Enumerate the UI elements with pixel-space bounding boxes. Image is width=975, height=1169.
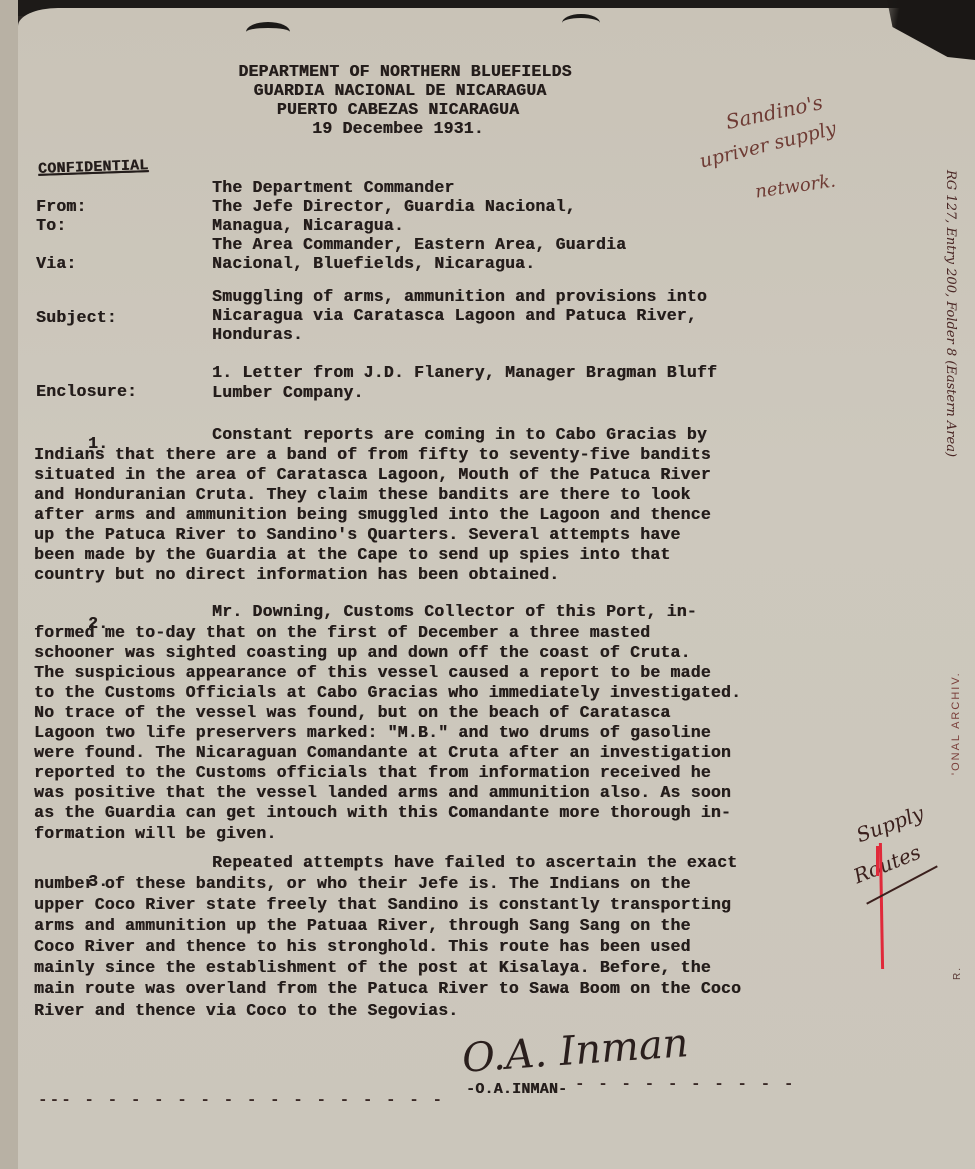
paragraph-line: as the Guardia can get intouch with this… <box>34 805 731 822</box>
paragraph-line: up the Patuca River to Sandino's Quarter… <box>34 527 681 544</box>
letterhead-location: PUERTO CABEZAS NICARAGUA <box>0 102 808 119</box>
paragraph-line: situated in the area of Caratasca Lagoon… <box>34 467 711 484</box>
paragraph-line: country but no direct information has be… <box>34 567 559 584</box>
paragraph-line: and Honduranian Cruta. They claim these … <box>34 487 691 504</box>
paragraph-line: number of these bandits, or who their Je… <box>34 876 691 893</box>
routing-line: The Jefe Director, Guardia Nacional, <box>212 199 576 216</box>
via-label: Via: <box>36 256 76 273</box>
confidential-marking: CONFIDENTIAL <box>38 158 149 177</box>
paragraph-line: schooner was sighted coasting up and dow… <box>34 645 691 662</box>
routing-line: Managua, Nicaragua. <box>212 218 404 235</box>
paragraph-line: River and thence via Coco to the Segovia… <box>34 1003 458 1020</box>
subject-line: Nicaragua via Caratasca Lagoon and Patuc… <box>212 308 697 325</box>
paragraph-line: Mr. Downing, Customs Collector of this P… <box>212 604 697 621</box>
paragraph-line: mainly since the establishment of the po… <box>34 960 711 977</box>
paragraph-line: Lagoon two life preservers marked: "M.B.… <box>34 725 711 742</box>
from-label: From: <box>36 199 87 216</box>
red-margin-line <box>876 846 879 876</box>
subject-label: Subject: <box>36 310 117 327</box>
scan-left-edge <box>0 0 18 1169</box>
letterhead-date: 19 Decembee 1931. <box>0 121 808 138</box>
paragraph-line: The suspicious appearance of this vessel… <box>34 665 711 682</box>
routing-line: The Area Commander, Eastern Area, Guardi… <box>212 237 626 254</box>
paragraph-line: main route was overland from the Patuca … <box>34 981 741 998</box>
paragraph-line: formed me to-day that on the first of De… <box>34 625 650 642</box>
paragraph-line: Indians that there are a band of from fi… <box>34 447 711 464</box>
archive-reference: RG 127, Entry 200, Folder 8 (Eastern Are… <box>943 170 958 457</box>
stray-mark: R. <box>952 966 963 980</box>
subject-line: Honduras. <box>212 327 303 344</box>
subject-line: Smuggling of arms, ammunition and provis… <box>212 289 707 306</box>
routing-line: Nacional, Bluefields, Nicaragua. <box>212 256 535 273</box>
signature-dash-line-right: - - - - - - - - - - <box>575 1075 795 1093</box>
paragraph-line: to the Customs Officials at Cabo Gracias… <box>34 685 741 702</box>
punch-hole-left <box>246 22 290 40</box>
paragraph-line: formation will be given. <box>34 826 276 843</box>
paragraph-line: Repeated attempts have failed to ascerta… <box>212 855 737 872</box>
to-label: To: <box>36 218 66 235</box>
letterhead-guardia: GUARDIA NACIONAL DE NICARAGUA <box>0 83 810 100</box>
enclosure-label: Enclosure: <box>36 384 137 401</box>
paragraph-line: No trace of the vessel was found, but on… <box>34 705 670 722</box>
enclosure-line: 1. Letter from J.D. Flanery, Manager Bra… <box>212 365 717 382</box>
paragraph-line: arms and ammunition up the Patuaa River,… <box>34 918 691 935</box>
typed-signature: -O.A.INMAN- <box>466 1082 567 1097</box>
letterhead-department: DEPARTMENT OF NORTHERN BLUEFIELDS <box>0 64 815 81</box>
paragraph-line: was positive that the vessel landed arms… <box>34 785 731 802</box>
paragraph-line: after arms and ammunition being smuggled… <box>34 507 711 524</box>
archive-stamp: 'ONAL ARCHIV. <box>950 671 962 775</box>
signature-dash-line-left: --- - - - - - - - - - - - - - - - - <box>38 1091 444 1109</box>
enclosure-line: Lumber Company. <box>212 385 364 402</box>
paragraph-line: been made by the Guardia at the Cape to … <box>34 547 670 564</box>
routing-line: The Department Commander <box>212 180 454 197</box>
paragraph-line: upper Coco River state freely that Sandi… <box>34 897 731 914</box>
paragraph-line: reported to the Customs officials that f… <box>34 765 711 782</box>
punch-hole-right <box>562 14 606 32</box>
paragraph-line: Coco River and thence to his stronghold.… <box>34 939 691 956</box>
paragraph-line: were found. The Nicaraguan Comandante at… <box>34 745 731 762</box>
paragraph-line: Constant reports are coming in to Cabo G… <box>212 427 707 444</box>
